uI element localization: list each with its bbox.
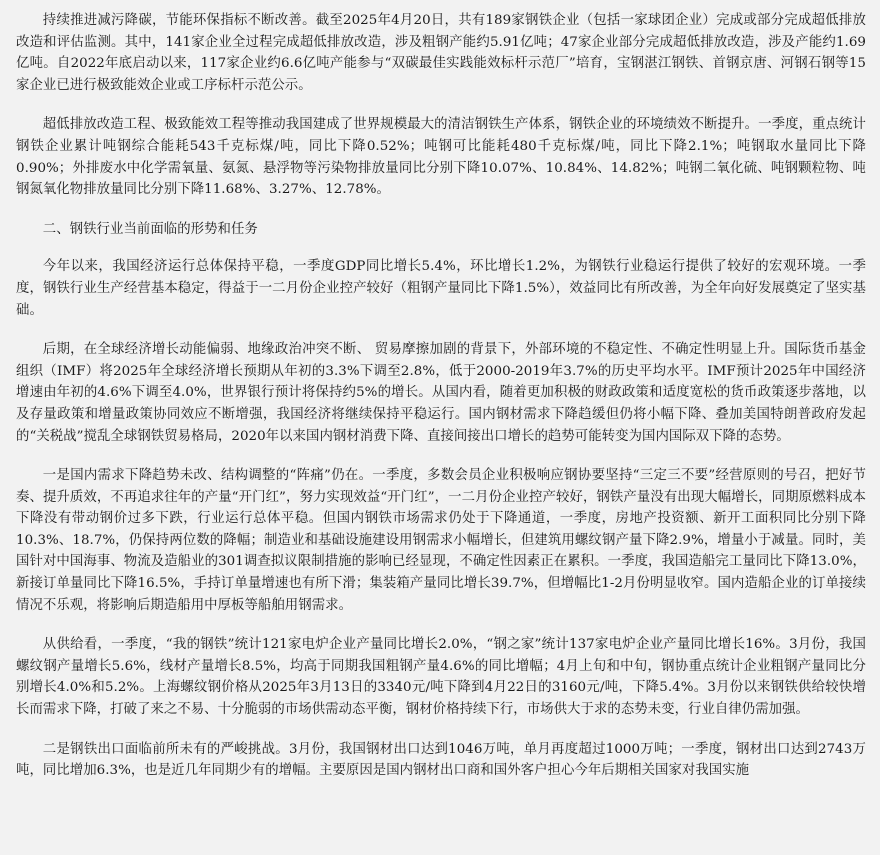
article-body: 持续推进减污降碳，节能环保指标不断改善。截至2025年4月20日，共有189家钢… <box>0 0 880 782</box>
paragraph-macro-environment: 今年以来，我国经济运行总体保持平稳，一季度GDP同比增长5.4%，环比增长1.2… <box>16 256 866 321</box>
paragraph-environmental-performance: 超低排放改造工程、极致能效工程等推动我国建成了世界规模最大的清洁钢铁生产体系，钢… <box>16 114 866 200</box>
paragraph-export-challenge: 二是钢铁出口面临前所未有的严峻挑战。3月份，我国钢材出口达到1046万吨，单月再… <box>16 739 866 782</box>
paragraph-supply: 从供给看，一季度，“我的钢铁”统计121家电炉企业产量同比增长2.0%，“钢之家… <box>16 634 866 720</box>
paragraph-domestic-demand: 一是国内需求下降趋势未改、结构调整的“阵痛”仍在。一季度，多数会员企业积极响应钢… <box>16 465 866 616</box>
section-heading: 二、钢铁行业当前面临的形势和任务 <box>16 219 866 241</box>
paragraph-emission-reduction: 持续推进减污降碳，节能环保指标不断改善。截至2025年4月20日，共有189家钢… <box>16 10 866 96</box>
paragraph-outlook: 后期，在全球经济增长动能偏弱、地缘政治冲突不断、 贸易摩擦加剧的背景下，外部环境… <box>16 339 866 447</box>
